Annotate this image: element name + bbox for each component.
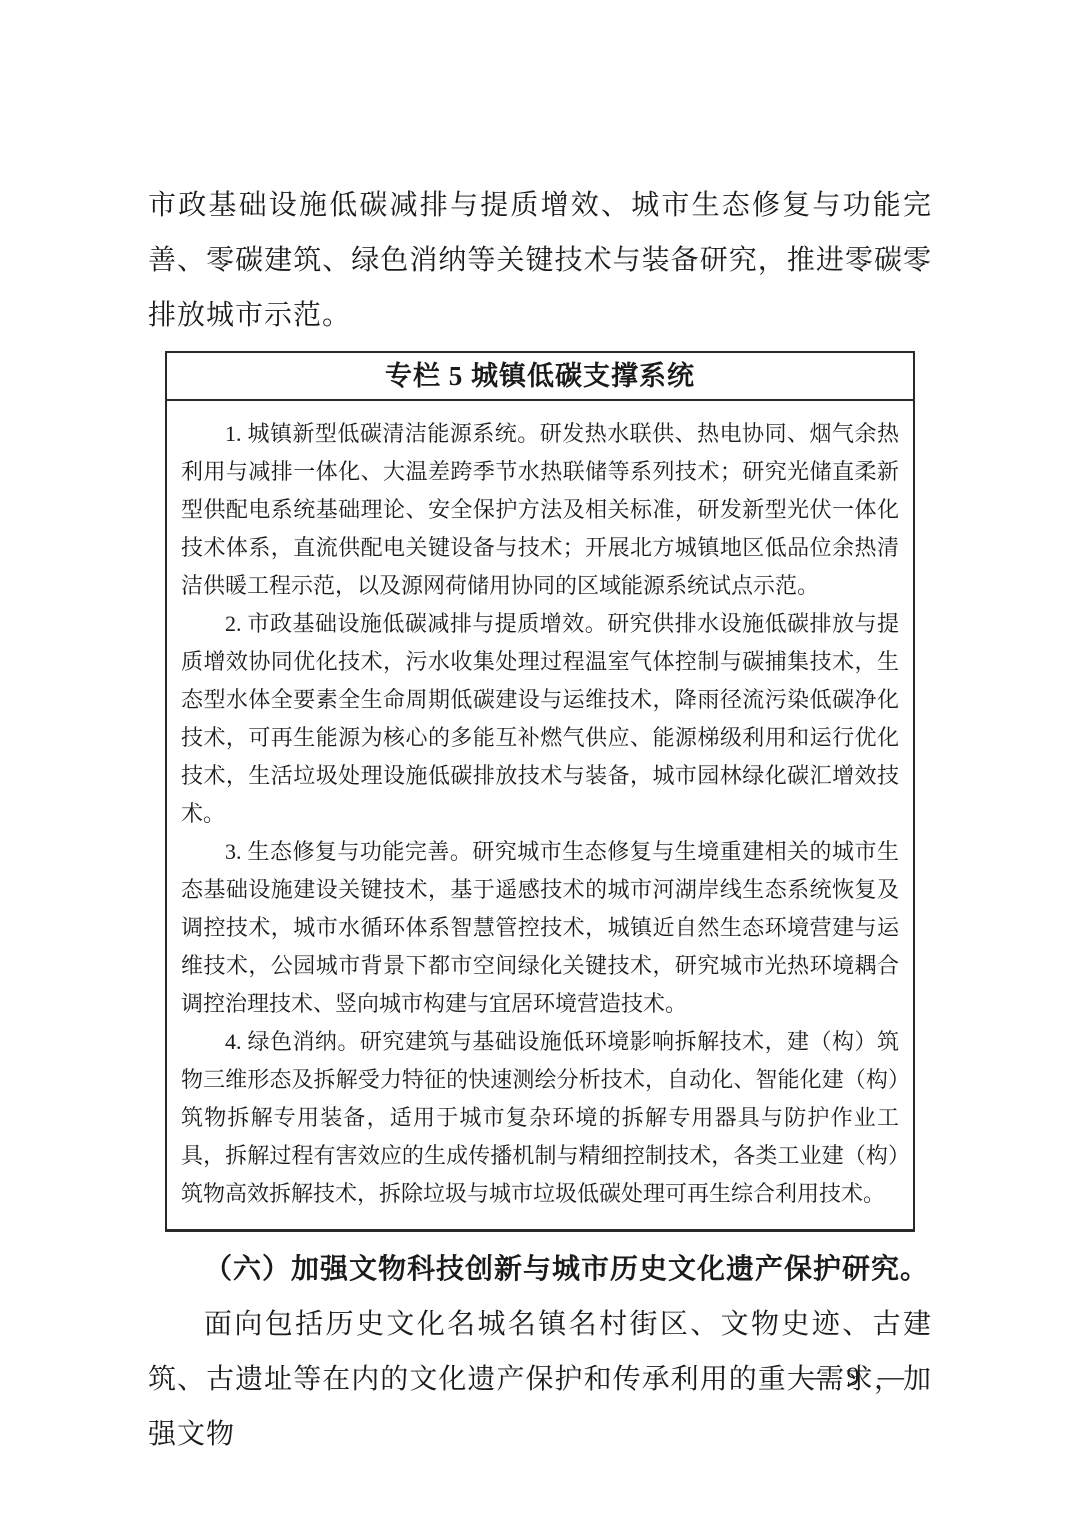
feature-box-body: 1. 城镇新型低碳清洁能源系统。研发热水联供、热电协同、烟气余热利用与减排一体化… bbox=[167, 401, 913, 1229]
document-page: 市政基础设施低碳减排与提质增效、城市生态修复与功能完善、零碳建筑、绿色消纳等关键… bbox=[0, 0, 1080, 1526]
box-item-1: 1. 城镇新型低碳清洁能源系统。研发热水联供、热电协同、烟气余热利用与减排一体化… bbox=[181, 415, 899, 605]
intro-paragraph: 市政基础设施低碳减排与提质增效、城市生态修复与功能完善、零碳建筑、绿色消纳等关键… bbox=[148, 178, 932, 343]
page-number: — 9 — bbox=[802, 1362, 910, 1392]
section-heading: （六）加强文物科技创新与城市历史文化遗产保护研究。 bbox=[148, 1242, 932, 1297]
feature-box-title: 专栏 5 城镇低碳支撑系统 bbox=[167, 353, 913, 401]
box-item-3: 3. 生态修复与功能完善。研究城市生态修复与生境重建相关的城市生态基础设施建设关… bbox=[181, 833, 899, 1023]
box-item-4: 4. 绿色消纳。研究建筑与基础设施低环境影响拆解技术，建（构）筑物三维形态及拆解… bbox=[181, 1023, 899, 1213]
box-item-2: 2. 市政基础设施低碳减排与提质增效。研究供排水设施低碳排放与提质增效协同优化技… bbox=[181, 605, 899, 833]
feature-box: 专栏 5 城镇低碳支撑系统 1. 城镇新型低碳清洁能源系统。研发热水联供、热电协… bbox=[165, 351, 915, 1232]
